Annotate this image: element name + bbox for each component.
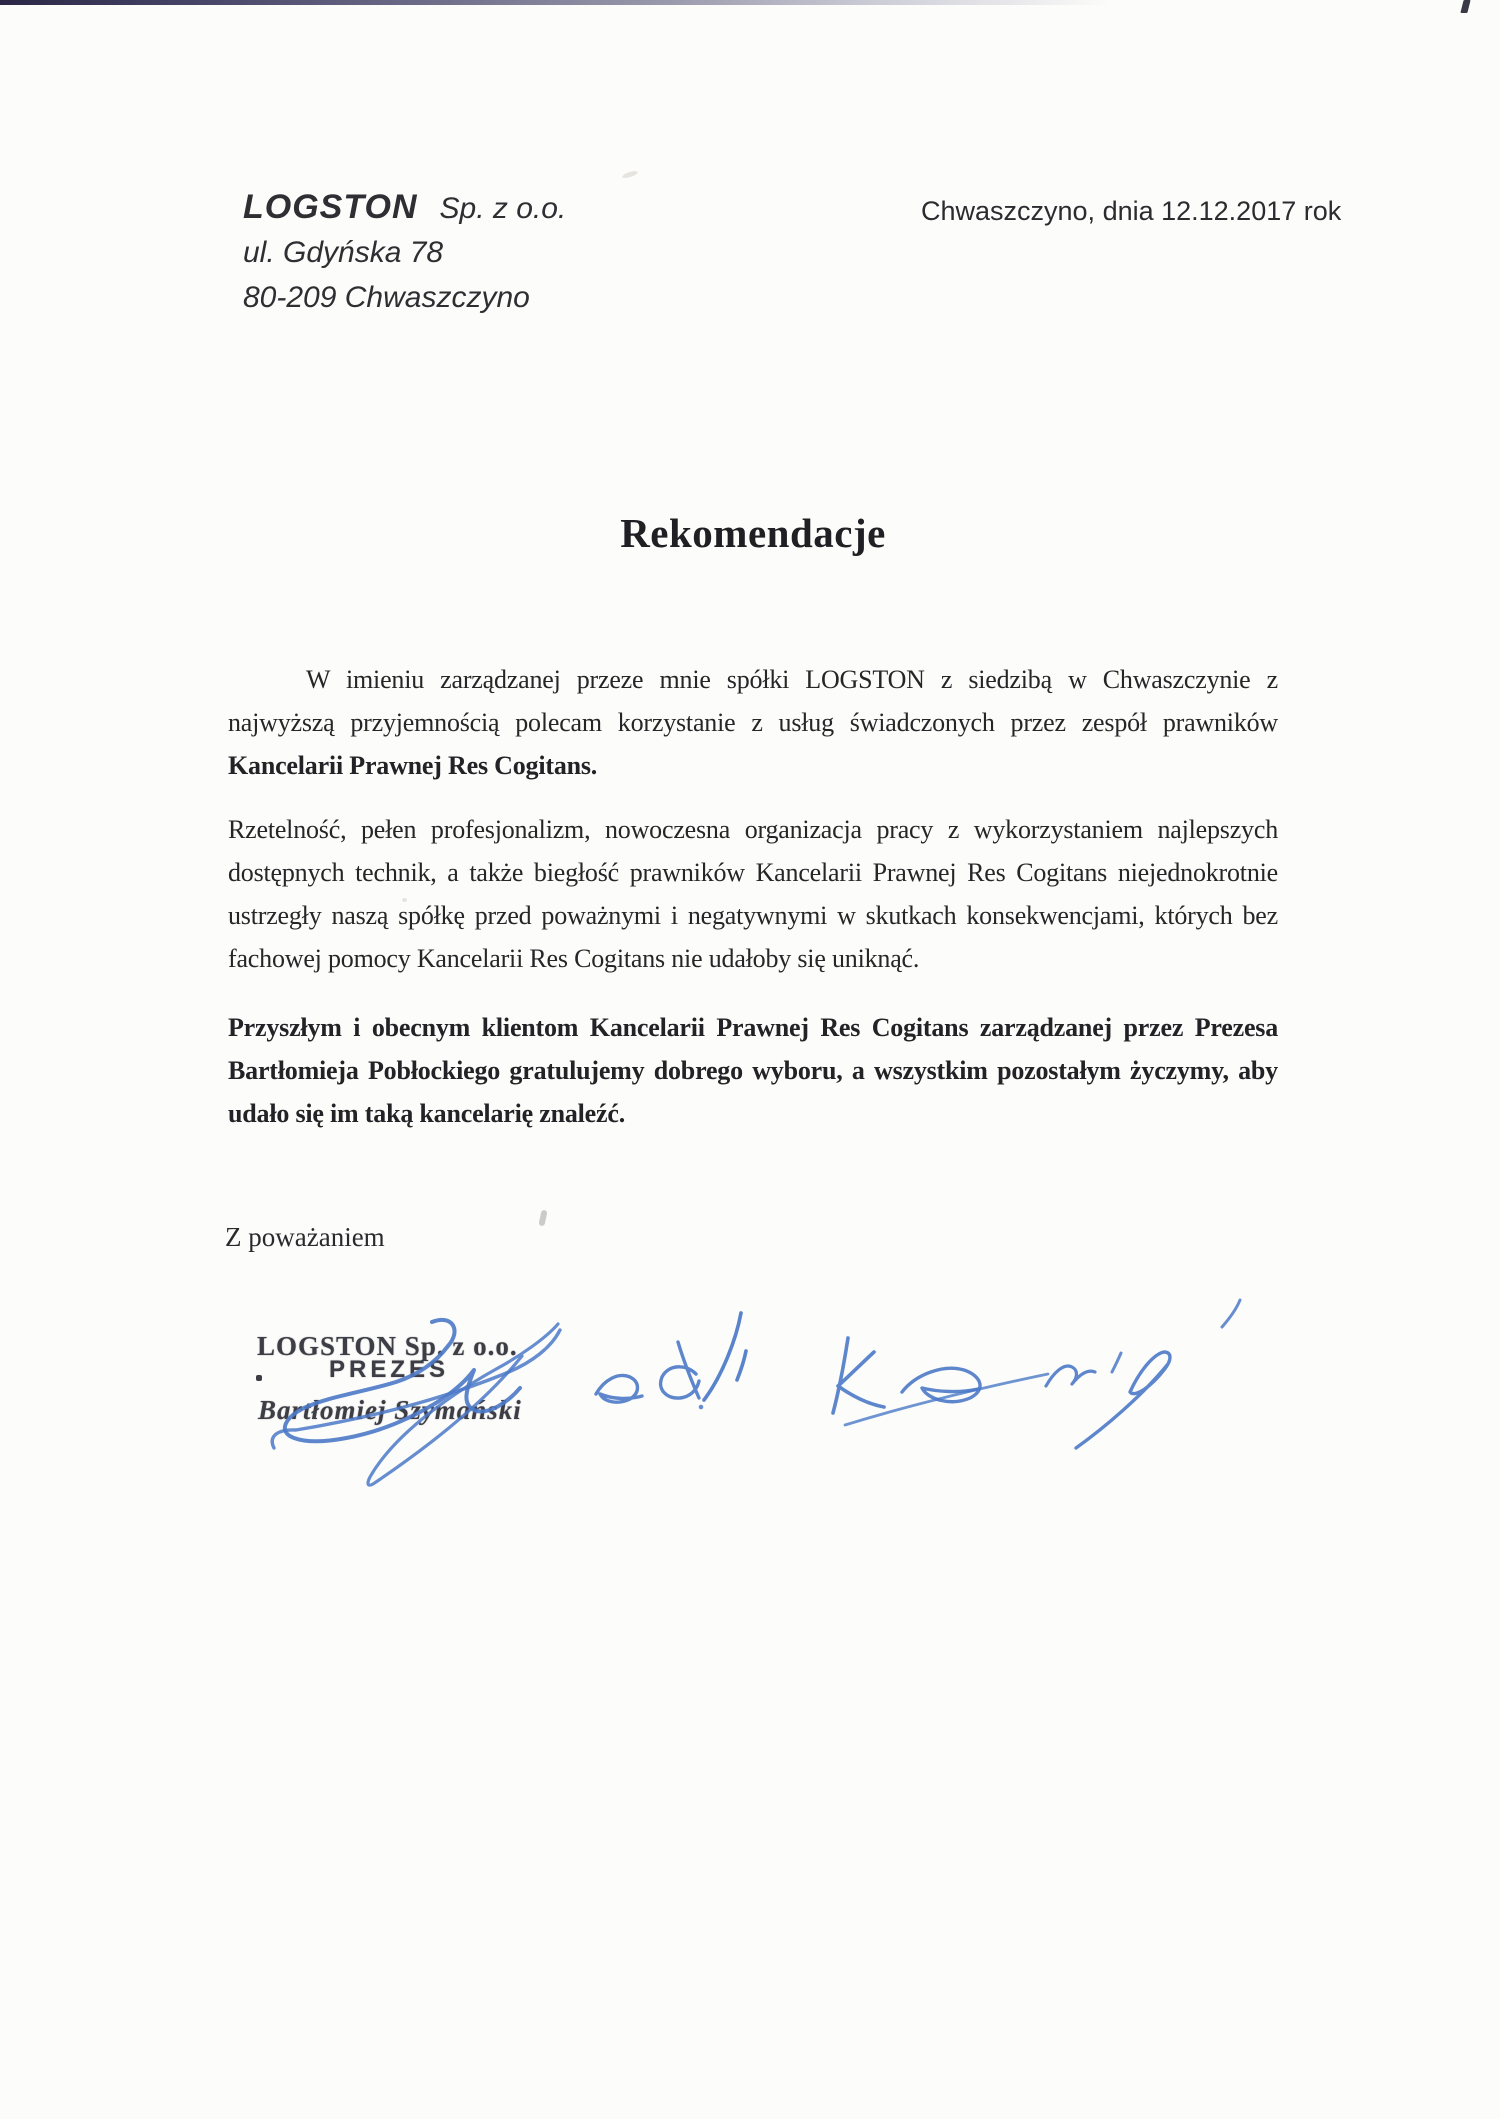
signature-stroke xyxy=(845,1374,1048,1425)
scan-speck xyxy=(538,1210,547,1227)
date-line: Chwaszczyno, dnia 12.12.2017 rok xyxy=(921,196,1341,227)
stamp-dot-artifact xyxy=(256,1375,262,1381)
stamp-person-name: Bartłomiej Szymański xyxy=(258,1395,522,1426)
signature-stroke xyxy=(661,1342,699,1398)
sender-company-name: LOGSTON xyxy=(243,188,418,226)
paragraph-congratulations: Przyszłym i obecnym klientom Kancelarii … xyxy=(228,1006,1278,1135)
scan-edge-artifact-top xyxy=(0,0,1500,5)
sender-company-line: LOGSTONSp. z o.o. xyxy=(243,188,566,227)
paragraph-intro: W imieniu zarządzanej przeze mnie spółki… xyxy=(228,658,1278,787)
signature-stroke xyxy=(596,1376,642,1403)
document-title: Rekomendacje xyxy=(228,509,1278,557)
stamp-role: PREZES xyxy=(329,1356,449,1384)
signature-stroke xyxy=(1076,1352,1170,1448)
closing-salutation: Z poważaniem xyxy=(225,1216,385,1259)
law-firm-name-bold: Kancelarii Prawnej Res Cogitans. xyxy=(228,751,597,780)
paragraph-qualities: Rzetelność, pełen profesjonalizm, nowocz… xyxy=(228,808,1278,980)
document-page: LOGSTONSp. z o.o. ul. Gdyńska 78 80-209 … xyxy=(0,0,1500,2119)
scan-speck xyxy=(622,170,639,180)
signature-stroke xyxy=(833,1338,884,1413)
signature-stroke xyxy=(704,1313,746,1400)
signature-stroke xyxy=(1112,1353,1121,1372)
sender-company-suffix: Sp. z o.o. xyxy=(440,192,567,225)
sender-street: ul. Gdyńska 78 xyxy=(243,236,443,270)
signature-stroke xyxy=(902,1368,980,1401)
paragraph-intro-text: W imieniu zarządzanej przeze mnie spółki… xyxy=(228,665,1278,737)
sender-city: 80-209 Chwaszczyno xyxy=(243,281,530,315)
signature-stroke xyxy=(1222,1300,1240,1327)
signature-stroke xyxy=(1046,1366,1095,1386)
scan-edge-artifact-corner xyxy=(1460,0,1470,13)
signature-ink-dot xyxy=(699,1405,704,1410)
